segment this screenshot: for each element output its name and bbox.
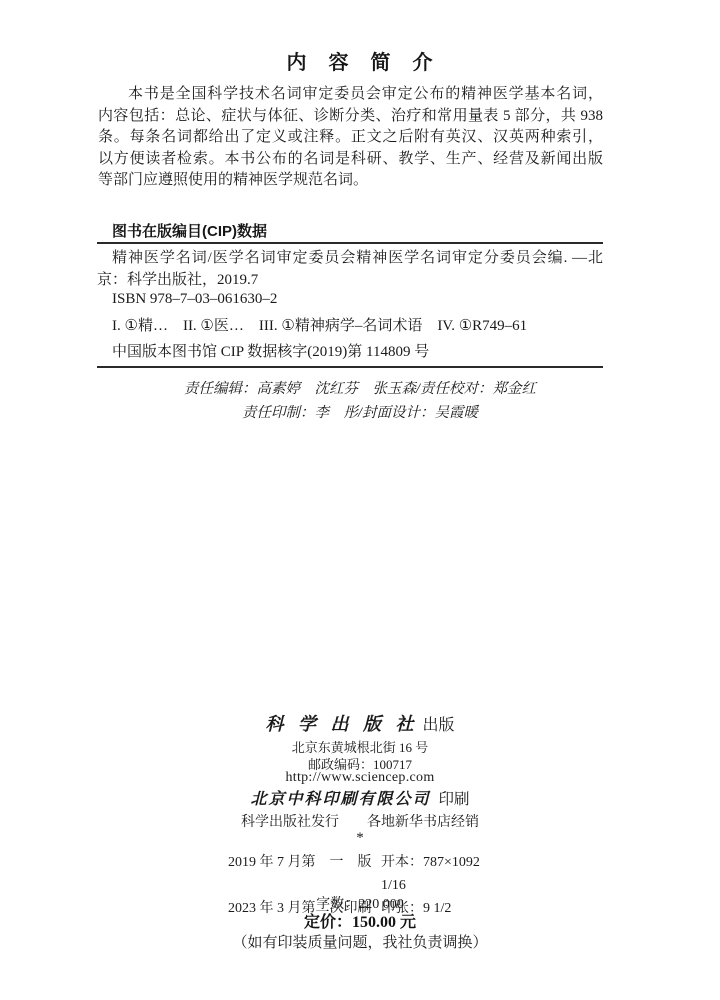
cip-record-number: 中国版本图书馆 CIP 数据核字(2019)第 114809 号 bbox=[97, 340, 603, 361]
intro-line: 等部门应遵照使用的精神医学规范名词。 bbox=[98, 170, 603, 192]
cip-top-rule bbox=[97, 242, 603, 244]
intro-line: 内容包括：总论、症状与体征、诊断分类、治疗和常用量表 5 部分，共 938 bbox=[98, 106, 603, 128]
edition-row: 2019 年 7 月第 一 版 开本：787×1092 1/16 bbox=[228, 851, 504, 897]
credit-printing-design: 责任印制：李 彤/封面设计：吴霞暖 bbox=[0, 401, 720, 422]
edition-date: 2019 年 7 月第 一 版 bbox=[228, 851, 381, 897]
credit-editors: 责任编辑：高素婷 沈红芬 张玉森/责任校对：郑金红 bbox=[0, 377, 720, 398]
cip-isbn: ISBN 978–7–03–061630–2 bbox=[97, 291, 603, 308]
distribution-line: 科学出版社发行 各地新华书店经销 bbox=[0, 811, 720, 831]
publisher-name: 科 学 出 版 社 bbox=[265, 714, 418, 734]
intro-title: 内 容 简 介 bbox=[0, 46, 720, 75]
printer-suffix: 印刷 bbox=[439, 791, 470, 808]
intro-line: 以方便读者检索。本书公布的名词是科研、教学、生产、经营及新闻出版 bbox=[98, 149, 603, 171]
cip-heading: 图书在版编目(CIP)数据 bbox=[112, 220, 267, 241]
intro-line: 条。每条名词都给出了定义或注释。正文之后附有英汉、汉英两种索引， bbox=[98, 127, 603, 149]
cip-entry-line2: 京：科学出版社，2019.7 bbox=[97, 268, 603, 289]
printer-line: 北京中科印刷有限公司印刷 bbox=[0, 786, 720, 809]
publisher-website: http://www.sciencep.com bbox=[0, 770, 720, 786]
printer-name: 北京中科印刷有限公司 bbox=[250, 791, 430, 808]
cip-classification: I. ①精… II. ①医… III. ①精神病学–名词术语 IV. ①R749… bbox=[97, 314, 603, 335]
cip-bottom-rule bbox=[97, 366, 603, 368]
cip-entry-line1: 精神医学名词/医学名词审定委员会精神医学名词审定分委员会编. —北 bbox=[97, 246, 603, 267]
copyright-page: 内 容 简 介 本书是全国科学技术名词审定委员会审定公布的精神医学基本名词， 内… bbox=[0, 0, 720, 1000]
quality-notice: （如有印装质量问题，我社负责调换） bbox=[0, 931, 720, 952]
publisher-suffix: 出版 bbox=[422, 717, 454, 734]
intro-paragraph: 本书是全国科学技术名词审定委员会审定公布的精神医学基本名词， 内容包括：总论、症… bbox=[98, 84, 603, 192]
intro-line: 本书是全国科学技术名词审定委员会审定公布的精神医学基本名词， bbox=[98, 84, 603, 106]
separator-star: * bbox=[0, 830, 720, 847]
price: 定价：150.00 元 bbox=[0, 909, 720, 932]
publisher-line: 科 学 出 版 社出版 bbox=[0, 710, 720, 736]
format-spec: 开本：787×1092 1/16 bbox=[381, 851, 504, 897]
